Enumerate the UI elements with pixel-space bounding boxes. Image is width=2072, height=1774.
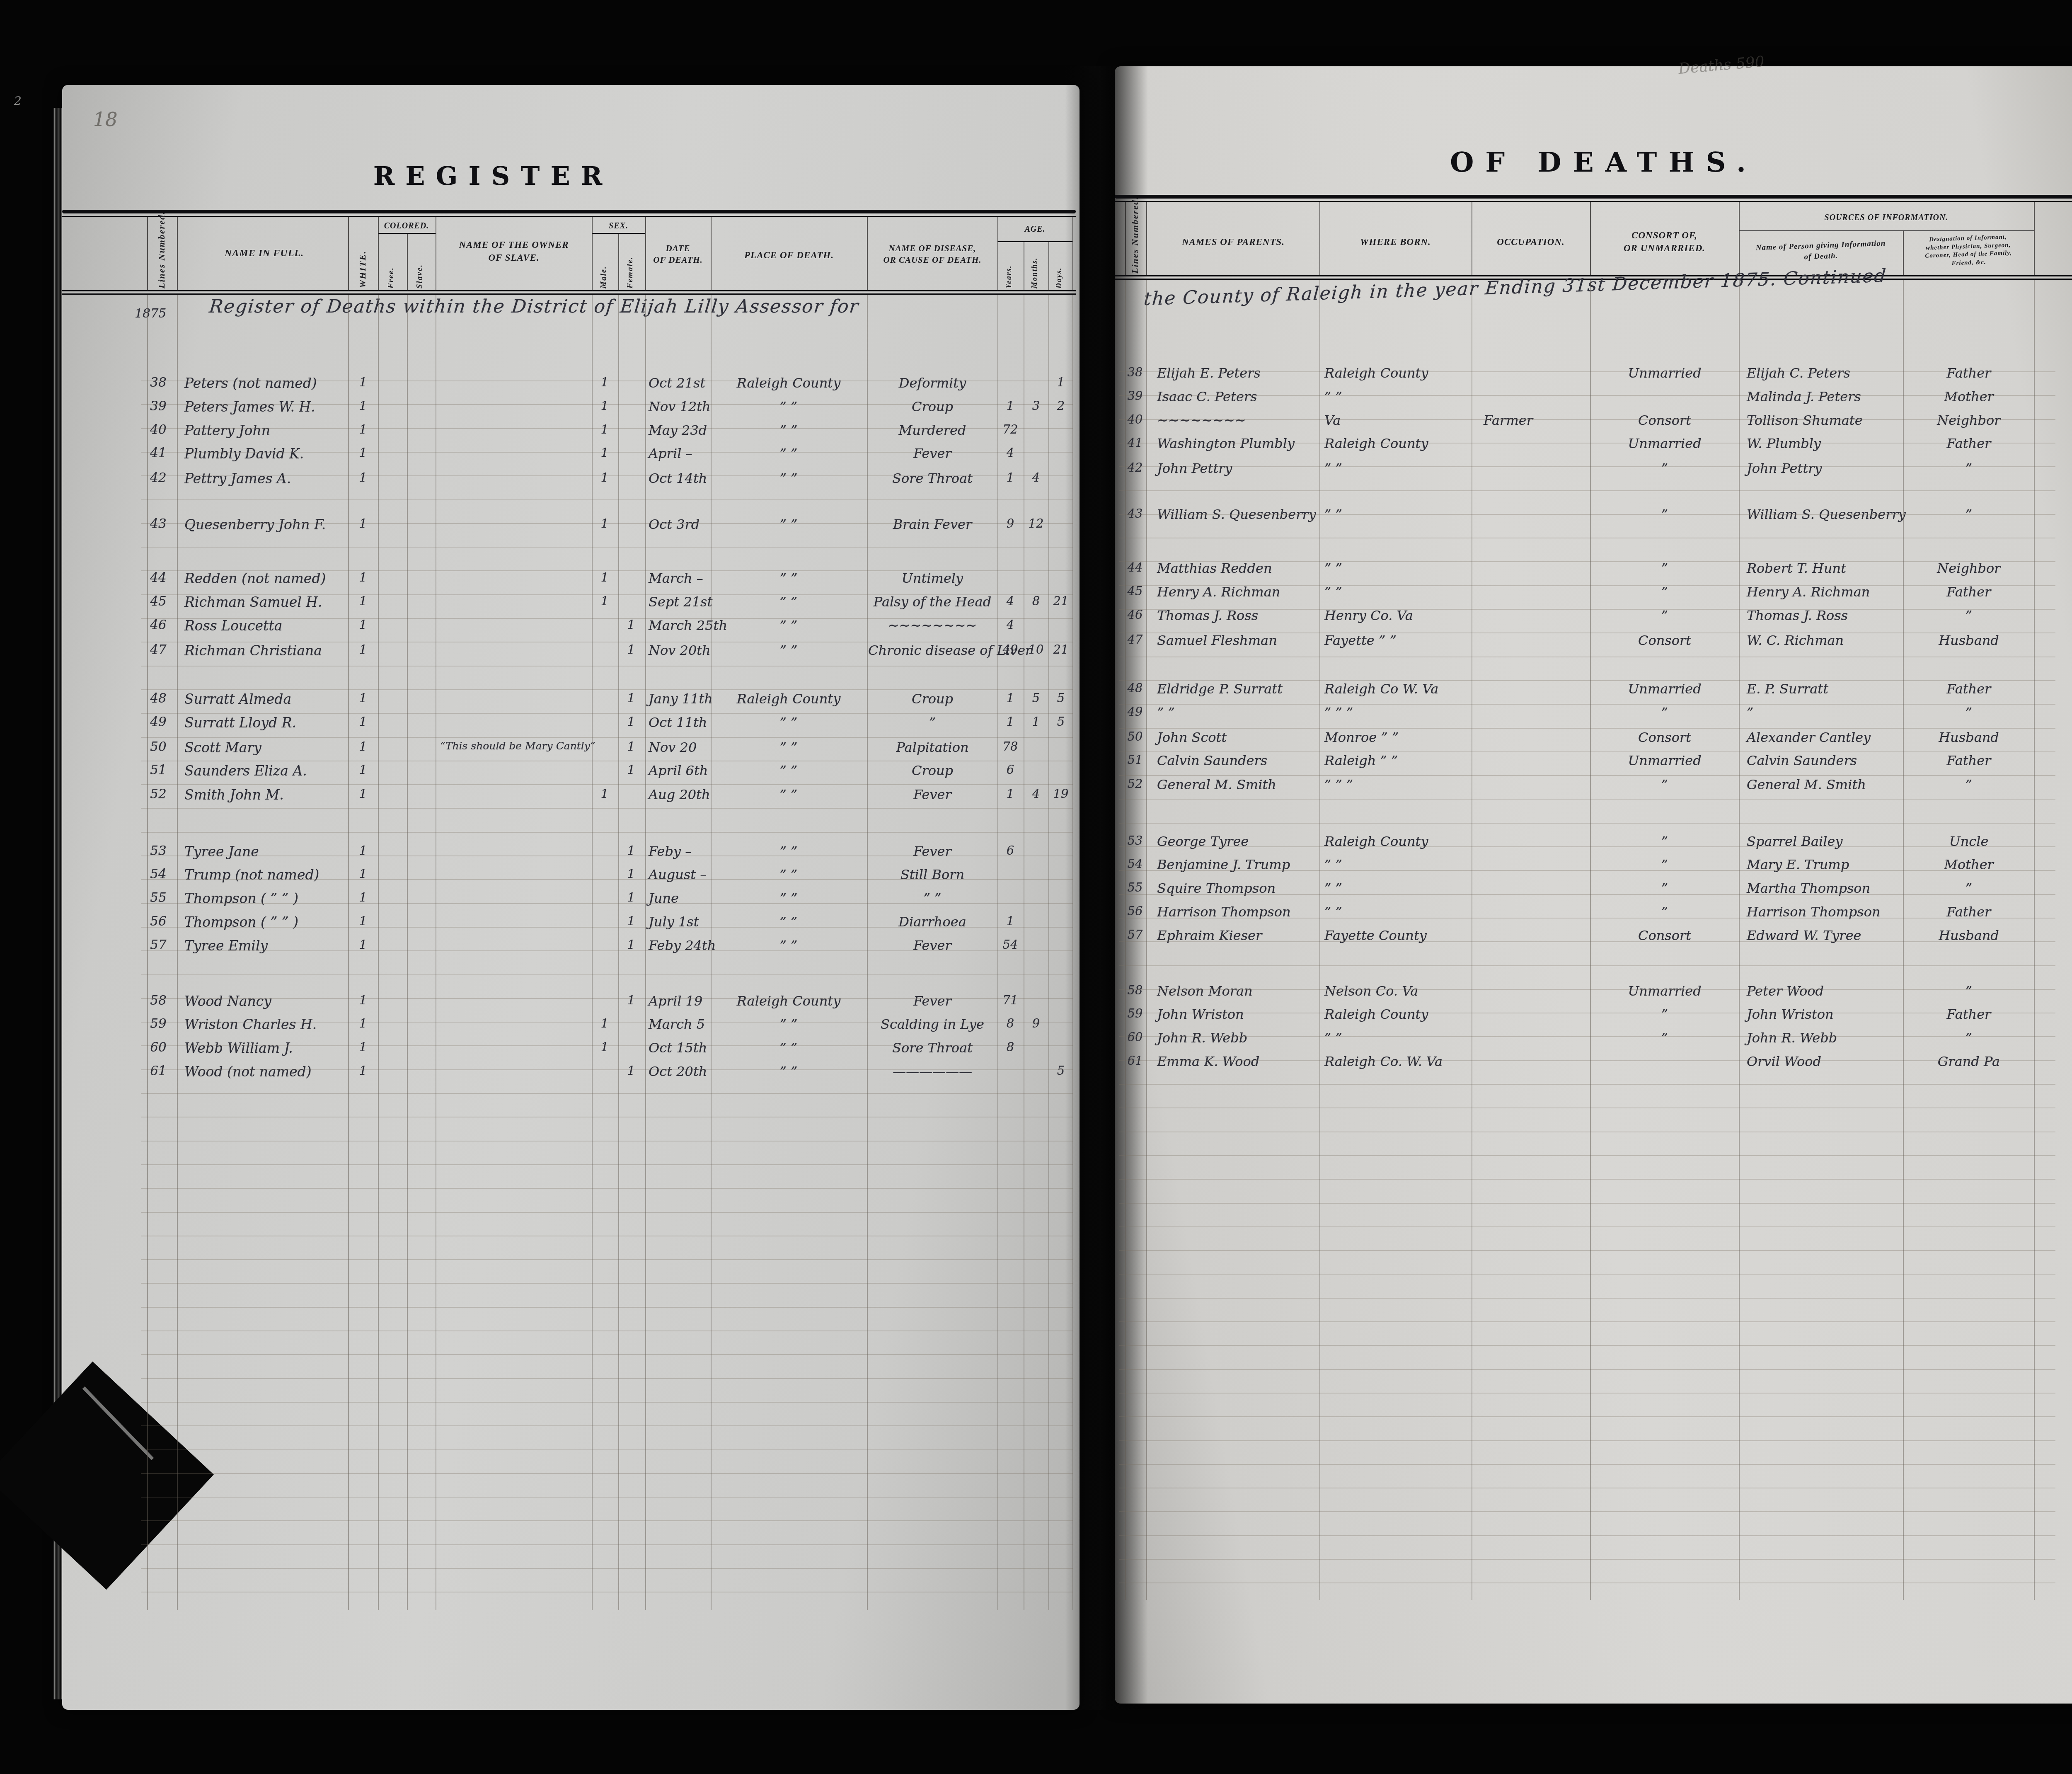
col-female: Female. [626,245,635,288]
row-52-y: 1 [998,788,1022,800]
ledger-line-right [1119,1369,2055,1370]
col-consort-or-unmarried: CONSORT OF, OR UNMARRIED. [1592,229,1737,254]
row-52-right-informant: General M. Smith [1747,778,1901,791]
row-58-right-desig: ” [1906,984,2031,998]
row-59-right-informant: John Wriston [1747,1008,1901,1021]
row-40-white: 1 [351,424,375,436]
row-48-no: 48 [139,692,177,705]
row-61-d: 5 [1049,1065,1073,1077]
row-47-place: ” ” [712,644,865,657]
row-46-name: Ross Loucetta [184,619,350,633]
col-rule-right [1590,280,1591,1600]
row-47-disease: Chronic disease of Liver [868,644,997,657]
ledger-line-left [141,1045,1073,1046]
row-44-male: 1 [593,572,617,584]
row-49-right-no: 49 [1123,706,1147,718]
row-45-male: 1 [593,595,617,608]
row-61-right-informant: Orvil Wood [1747,1055,1901,1068]
ledger-line-right [1119,1511,2055,1512]
ledger-line-left [141,1307,1073,1308]
row-42-right-desig: ” [1906,462,2031,475]
row-56-right-desig: Father [1906,905,2031,919]
row-61-right-born: Raleigh Co. W. Va [1324,1055,1469,1068]
ledger-line-left [141,1330,1073,1331]
row-38-name: Peters (not named) [184,376,350,390]
right-top-rule-thin [1115,201,2072,202]
row-50-owner: “This should be Mary Cantly” [440,741,590,751]
row-52-right-consort: ” [1593,778,1737,791]
ledger-line-right [1119,1298,2055,1299]
row-61-right-parents: Emma K. Wood [1157,1055,1318,1068]
row-60-name: Webb William J. [184,1041,350,1055]
row-51-right-desig: Father [1906,754,2031,767]
row-41-no: 41 [139,447,177,460]
ledger-line-left [141,1520,1073,1521]
row-49-no: 49 [139,716,177,729]
ledger-line-left [141,380,1073,381]
ledger-line-left [141,927,1073,928]
col-rule-right [1319,280,1320,1600]
header-rule-left [177,217,178,290]
col-rule-left [147,295,148,1610]
ledger-line-right [1119,846,2055,847]
row-48-female: 1 [619,692,643,705]
row-48-right-consort: Unmarried [1593,682,1737,696]
ledger-line-left [141,666,1073,666]
row-52-m: 4 [1024,788,1048,800]
row-42-m: 4 [1024,472,1048,484]
row-57-right-parents: Ephraim Kieser [1157,929,1318,942]
ledger-line-right [1119,1464,2055,1465]
ledger-line-left [141,1473,1073,1474]
ledger-line-right [1119,1535,2055,1536]
row-52-male: 1 [593,788,617,800]
ledger-line-left [141,1069,1073,1070]
row-39-white: 1 [351,400,375,412]
ledger-line-left [141,475,1073,476]
row-59-no: 59 [139,1018,177,1030]
row-42-right-born: ” ” [1324,462,1469,475]
row-48-right-parents: Eldridge P. Surratt [1157,682,1318,696]
row-56-right-consort: ” [1593,905,1737,919]
header-subrule-right [1903,231,1904,275]
header-rule-right [1590,202,1591,275]
row-46-right-desig: ” [1906,609,2031,622]
col-rule-left [1048,295,1049,1610]
row-55-right-no: 55 [1123,882,1147,894]
col-disease: NAME OF DISEASE, OR CAUSE OF DEATH. [869,242,996,266]
ledger-line-left [141,1141,1073,1141]
row-56-right-born: ” ” [1324,905,1469,919]
col-free: Free. [387,244,396,288]
row-49-white: 1 [351,716,375,728]
row-39-right-no: 39 [1123,390,1147,402]
row-47-name: Richman Christiana [184,644,350,657]
ledger-line-right [1119,799,2055,800]
header-rule-right [1472,202,1472,275]
row-43-white: 1 [351,518,375,530]
row-57-right-desig: Husband [1906,929,2031,942]
col-slave: Slave. [415,244,424,288]
ledger-line-right [1119,1250,2055,1251]
row-49-name: Surratt Lloyd R. [184,716,350,729]
ledger-line-right [1119,371,2055,372]
col-rule-left [592,295,593,1610]
ledger-line-right [1119,1013,2055,1013]
col-rule-right [1125,280,1126,1600]
ledger-line-right [1119,775,2055,776]
row-61-name: Wood (not named) [184,1065,350,1078]
ledger-line-left [141,1497,1073,1498]
row-61-no: 61 [139,1065,177,1078]
row-40-right-occ: Farmer [1484,414,1587,427]
row-52-name: Smith John M. [184,788,350,802]
ledger-line-right [1119,870,2055,871]
ledger-line-left [141,784,1073,785]
row-50-female: 1 [619,741,643,753]
row-39-no: 39 [139,400,177,413]
row-57-y: 54 [998,939,1022,951]
row-53-y: 6 [998,845,1022,857]
ledger-line-right [1119,1416,2055,1417]
row-48-right-no: 48 [1123,682,1147,694]
row-60-right-born: ” ” [1324,1031,1469,1045]
row-39-male: 1 [593,400,617,412]
row-40-right-born: Va [1324,414,1469,427]
col-rule-left [618,295,619,1610]
row-39-disease: Croup [868,400,997,413]
row-61-right-desig: Grand Pa [1906,1055,2031,1068]
ledger-line-left [141,1259,1073,1260]
row-44-name: Redden (not named) [184,572,350,585]
row-45-y: 4 [998,595,1022,607]
ledger-line-right [1119,1179,2055,1180]
col-sex: SEX. [592,221,645,232]
row-38-right-desig: Father [1906,366,2031,380]
ledger-line-left [141,1188,1073,1189]
row-42-right-consort: ” [1593,462,1737,475]
row-43-name: Quesenberry John F. [184,518,350,531]
row-48-y: 1 [998,692,1022,704]
row-60-disease: Sore Throat [868,1041,997,1054]
row-50-right-no: 50 [1123,731,1147,743]
col-years: Years. [1005,249,1013,288]
row-46-right-consort: ” [1593,609,1737,622]
col-rule-left [1024,295,1024,1610]
ledger-line-right [1119,609,2055,610]
row-46-right-informant: Thomas J. Ross [1747,609,1901,622]
row-57-no: 57 [139,939,177,952]
ledger-line-right [1119,1036,2055,1037]
row-52-right-parents: General M. Smith [1157,778,1318,791]
header-subrule-left [407,234,408,290]
row-61-female: 1 [619,1065,643,1077]
ledger-line-right [1119,443,2055,443]
ledger-line-right [1119,1108,2055,1108]
left-header-bottom-rule [62,290,1076,291]
row-52-place: ” ” [712,788,865,801]
row-45-m: 8 [1024,595,1048,607]
row-38-right-consort: Unmarried [1593,366,1737,380]
row-39-right-born: ” ” [1324,390,1469,403]
col-rule-right [1903,280,1904,1600]
ledger-line-left [141,1164,1073,1165]
row-40-disease: Murdered [868,424,997,437]
ledger-line-right [1119,1345,2055,1346]
row-51-female: 1 [619,764,643,776]
row-44-right-desig: Neighbor [1906,562,2031,575]
row-59-right-consort: ” [1593,1008,1737,1021]
row-60-no: 60 [139,1041,177,1054]
row-42-name: Pettry James A. [184,472,350,485]
row-47-m: 10 [1024,644,1048,656]
ledger-line-left [141,1212,1073,1213]
row-42-place: ” ” [712,472,865,485]
row-57-right-consort: Consort [1593,929,1737,942]
row-47-female: 1 [619,644,643,656]
ledger-line-left [141,1425,1073,1426]
col-rule-right [1739,280,1740,1600]
row-58-right-consort: Unmarried [1593,984,1737,998]
row-38-d: 1 [1049,376,1073,388]
ledger-line-right [1119,1132,2055,1132]
ledger-line-right [1119,751,2055,752]
row-56-right-informant: Harrison Thompson [1747,905,1901,919]
row-58-y: 71 [998,994,1022,1006]
row-46-no: 46 [139,619,177,632]
col-days: Days. [1055,249,1063,288]
col-lines-numbered-left: Lines Numbered. [156,219,167,288]
row-38-white: 1 [351,376,375,389]
row-54-right-born: ” ” [1324,858,1469,871]
row-39-right-desig: Mother [1906,390,2031,403]
row-44-place: ” ” [712,572,865,585]
row-44-right-no: 44 [1123,562,1147,574]
ledger-line-right [1119,1203,2055,1204]
col-rule-left [867,295,868,1610]
row-43-place: ” ” [712,518,865,531]
row-59-disease: Scalding in Lye [868,1018,997,1031]
ledger-line-right [1119,989,2055,990]
ledger-line-right [1119,823,2055,824]
row-52-white: 1 [351,788,375,800]
header-rule-left [867,217,868,290]
col-rule-left [177,295,178,1610]
row-56-female: 1 [619,915,643,928]
row-47-d: 21 [1049,644,1073,656]
ledger-line-right [1119,704,2055,705]
ledger-line-right [1119,657,2055,657]
ledger-line-right [1119,1559,2055,1560]
ledger-line-right [1119,490,2055,491]
row-48-place: Raleigh County [712,692,865,705]
row-54-right-informant: Mary E. Trump [1747,858,1901,871]
ledger-line-right [1119,585,2055,586]
row-59-name: Wriston Charles H. [184,1018,350,1031]
ledger-line-right [1119,965,2055,966]
row-52-disease: Fever [868,788,997,801]
row-49-right-desig: ” [1906,706,2031,719]
col-rule-left [997,295,998,1610]
col-colored: COLORED. [375,221,438,232]
row-39-right-informant: Malinda J. Peters [1747,390,1901,403]
row-50-right-born: Monroe ” ” [1324,731,1469,744]
row-58-right-parents: Nelson Moran [1157,984,1318,998]
row-39-d: 2 [1049,400,1073,412]
row-54-right-desig: Mother [1906,858,2031,871]
row-49-right-consort: ” [1593,706,1737,719]
row-58-right-informant: Peter Wood [1747,984,1901,998]
row-46-female: 1 [619,619,643,631]
row-46-disease: ~~~~~~~~ [868,619,997,632]
row-58-female: 1 [619,994,643,1007]
ledger-line-left [141,689,1073,690]
row-47-right-parents: Samuel Fleshman [1157,634,1318,647]
col-rule-right [1472,280,1472,1600]
row-55-right-informant: Martha Thompson [1747,882,1901,895]
right-page-title: OF DEATHS. [1392,146,1815,178]
row-51-place: ” ” [712,764,865,777]
ledger-line-right [1119,395,2055,396]
row-48-right-informant: E. P. Surratt [1747,682,1901,696]
ledger-line-right [1119,1440,2055,1441]
row-45-place: ” ” [712,595,865,608]
row-51-right-consort: Unmarried [1593,754,1737,767]
row-42-right-parents: John Pettry [1157,462,1318,475]
row-47-right-no: 47 [1123,634,1147,646]
ledger-line-right [1119,1274,2055,1275]
row-49-disease: ” [868,716,997,729]
row-57-place: ” ” [712,939,865,952]
col-rule-left [645,295,646,1610]
row-40-no: 40 [139,424,177,436]
ledger-line-left [141,547,1073,548]
row-60-white: 1 [351,1041,375,1054]
row-42-right-no: 42 [1123,462,1147,474]
row-55-right-consort: ” [1593,882,1737,895]
row-43-no: 43 [139,518,177,531]
heading-script-left: Register of Deaths within the District o… [208,298,860,316]
header-rule-left [147,217,148,290]
right-top-rule [1115,195,2072,199]
row-55-white: 1 [351,892,375,904]
row-48-disease: Croup [868,692,997,705]
row-38-male: 1 [593,376,617,389]
sources-bracket [1739,230,2034,231]
ledger-line-left [141,523,1073,524]
row-39-name: Peters James W. H. [184,400,350,414]
header-rule-right [1319,202,1320,275]
row-44-right-parents: Matthias Redden [1157,562,1318,575]
row-54-white: 1 [351,868,375,880]
row-61-white: 1 [351,1065,375,1077]
row-49-place: ” ” [712,716,865,729]
row-47-white: 1 [351,644,375,656]
edge-mark: 2 [14,95,22,107]
row-50-disease: Palpitation [868,741,997,754]
row-47-y: 49 [998,644,1022,656]
ledger-line-left [141,642,1073,642]
ledger-line-left [141,1093,1073,1094]
row-39-place: ” ” [712,400,865,413]
row-43-male: 1 [593,518,617,530]
row-48-name: Surratt Almeda [184,692,350,706]
row-56-right-no: 56 [1123,905,1147,917]
row-40-right-parents: ~~~~~~~~ [1157,414,1318,427]
ledger-line-left [141,594,1073,595]
left-header-bottom-rule2 [62,293,1076,295]
row-60-right-no: 60 [1123,1031,1147,1043]
header-rule-right [1146,202,1147,275]
row-42-right-informant: John Pettry [1747,462,1901,475]
row-42-y: 1 [998,472,1022,484]
row-54-right-no: 54 [1123,858,1147,870]
row-56-white: 1 [351,915,375,928]
row-59-m: 9 [1024,1018,1048,1030]
ledger-line-right [1119,728,2055,729]
row-56-right-parents: Harrison Thompson [1157,905,1318,919]
row-57-white: 1 [351,939,375,951]
row-41-y: 4 [998,447,1022,459]
row-38-disease: Deformity [868,376,997,390]
ledger-line-left [141,1354,1073,1355]
ledger-line-left [141,1022,1073,1023]
row-54-female: 1 [619,868,643,880]
ledger-line-left [141,1544,1073,1545]
ledger-line-left [141,808,1073,809]
left-top-rule-thin [62,216,1076,217]
row-57-right-no: 57 [1123,929,1147,941]
row-52-d: 19 [1049,788,1073,800]
row-51-right-born: Raleigh ” ” [1324,754,1469,767]
row-45-name: Richman Samuel H. [184,595,350,609]
col-lines-numbered-right: Lines Numbered. [1130,207,1140,274]
row-51-disease: Croup [868,764,997,777]
row-58-name: Wood Nancy [184,994,350,1008]
ledger-line-right [1119,1583,2055,1583]
ledger-line-left [141,1283,1073,1284]
left-top-rule [62,210,1076,213]
ledger-line-right [1119,918,2055,919]
row-51-no: 51 [139,764,177,777]
ledger-line-left [141,404,1073,405]
row-50-right-consort: Consort [1593,731,1737,744]
ledger-line-right [1119,633,2055,633]
ledger-line-left [141,1378,1073,1379]
row-46-y: 4 [998,619,1022,631]
header-rule-left [645,217,646,290]
ledger-line-left [141,1592,1073,1592]
row-45-right-no: 45 [1123,585,1147,597]
row-44-white: 1 [351,572,375,584]
row-47-right-born: Fayette ” ” [1324,634,1469,647]
row-59-male: 1 [593,1018,617,1030]
row-45-right-desig: Father [1906,585,2031,599]
row-45-d: 21 [1049,595,1073,607]
row-51-right-parents: Calvin Saunders [1157,754,1318,767]
col-rule-left [711,295,712,1610]
row-52-right-no: 52 [1123,778,1147,790]
row-42-no: 42 [139,472,177,485]
row-46-white: 1 [351,619,375,631]
row-48-right-born: Raleigh Co W. Va [1324,682,1469,696]
col-sources-of-information: SOURCES OF INFORMATION. [1739,212,2034,223]
row-47-right-consort: Consort [1593,634,1737,647]
row-38-right-parents: Elijah E. Peters [1157,366,1318,380]
row-44-no: 44 [139,572,177,584]
col-male: Male. [599,245,608,288]
row-45-right-informant: Henry A. Richman [1747,585,1901,599]
